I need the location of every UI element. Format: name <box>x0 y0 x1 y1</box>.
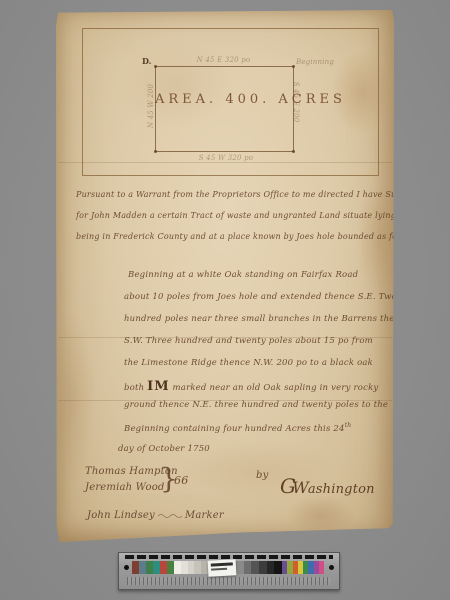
label-bar <box>211 568 227 571</box>
plat-bottom-bearing: S 45 W 320 po <box>186 154 266 162</box>
marker-line: John LindseyMarker <box>87 510 224 521</box>
corner-mark <box>292 150 295 153</box>
color-patch <box>236 561 244 574</box>
paper-stain <box>286 495 356 535</box>
manuscript-line: S.W. Three hundred and twenty poles abou… <box>124 336 373 346</box>
manuscript-line: Beginning at a white Oak standing on Fai… <box>128 270 358 280</box>
manuscript-line: Pursuant to a Warrant from the Proprieto… <box>76 190 423 199</box>
washington-signature: GWashington <box>280 474 375 498</box>
survey-document: D. N 45 E 320 po Beginning N 45 W 200 S … <box>56 10 394 542</box>
by-label: by <box>256 470 268 481</box>
survey-number: 66 <box>174 474 188 487</box>
color-patch <box>181 561 188 574</box>
color-patch <box>319 561 324 574</box>
manuscript-text: Beginning containing four hundred Acres … <box>124 424 345 434</box>
tree-mark-initials: IM <box>147 379 169 394</box>
marker-role: Marker <box>185 510 224 521</box>
marker-name: John Lindsey <box>87 510 155 521</box>
manuscript-text: both <box>124 383 147 393</box>
color-patch <box>160 561 167 574</box>
color-patch <box>267 561 275 574</box>
signature-rest: ashington <box>308 482 375 497</box>
manuscript-date-line: day of October 1750 <box>118 444 210 454</box>
manuscript-line: being in Frederick County and at a place… <box>76 232 428 241</box>
color-patch <box>167 561 174 574</box>
plat-top-bearing: N 45 E 320 po <box>186 56 261 64</box>
ruler-tick-strip <box>127 577 331 585</box>
signature-monogram-w: W <box>292 478 309 497</box>
ordinal-superscript: th <box>345 422 352 429</box>
survey-plot-rectangle <box>155 66 294 152</box>
flourish-squiggle <box>157 510 183 521</box>
calibration-patch-row <box>132 561 324 574</box>
color-patch <box>244 561 252 574</box>
gray-step-wedge <box>174 561 208 574</box>
chainman-name: Jeremiah Wood <box>85 482 165 493</box>
manuscript-text: marked near an old Oak sapling in very r… <box>170 383 379 393</box>
screw-dot <box>329 565 334 570</box>
color-patch <box>259 561 267 574</box>
calibration-dash-strip <box>125 555 333 559</box>
label-bar <box>211 562 233 566</box>
manuscript-line: for John Madden a certain Tract of waste… <box>76 211 414 220</box>
calibration-label-card <box>208 559 237 576</box>
manuscript-line: ground thence N.E. three hundred and twe… <box>124 400 388 410</box>
color-patch <box>153 561 160 574</box>
manuscript-line: both IM marked near an old Oak sapling i… <box>124 379 378 394</box>
color-patch <box>188 561 195 574</box>
color-patch <box>251 561 259 574</box>
plat-corner-letter: D. <box>142 56 151 66</box>
color-patch <box>132 561 139 574</box>
color-patch <box>274 561 282 574</box>
plat-area-label: AREA. 400. ACRES <box>155 92 295 107</box>
manuscript-line: hundred poles near three small branches … <box>124 314 410 324</box>
color-patch <box>139 561 146 574</box>
corner-mark <box>154 65 157 68</box>
manuscript-line: the Limestone Ridge thence N.W. 200 po t… <box>124 358 373 368</box>
corner-mark <box>154 150 157 153</box>
right-color-patches <box>282 561 324 574</box>
plat-beginning-note: Beginning <box>296 58 334 66</box>
photo-background: D. N 45 E 320 po Beginning N 45 W 200 S … <box>0 0 450 600</box>
color-patch <box>194 561 201 574</box>
manuscript-line: about 10 poles from Joes hole and extend… <box>124 292 397 302</box>
color-patch <box>174 561 181 574</box>
dark-step-wedge <box>236 561 282 574</box>
color-patch <box>146 561 153 574</box>
color-calibration-bar <box>118 552 340 590</box>
plat-left-bearing: N 45 W 200 <box>147 71 155 141</box>
screw-dot <box>124 565 129 570</box>
left-color-patches <box>132 561 174 574</box>
manuscript-line: Beginning containing four hundred Acres … <box>124 422 351 434</box>
